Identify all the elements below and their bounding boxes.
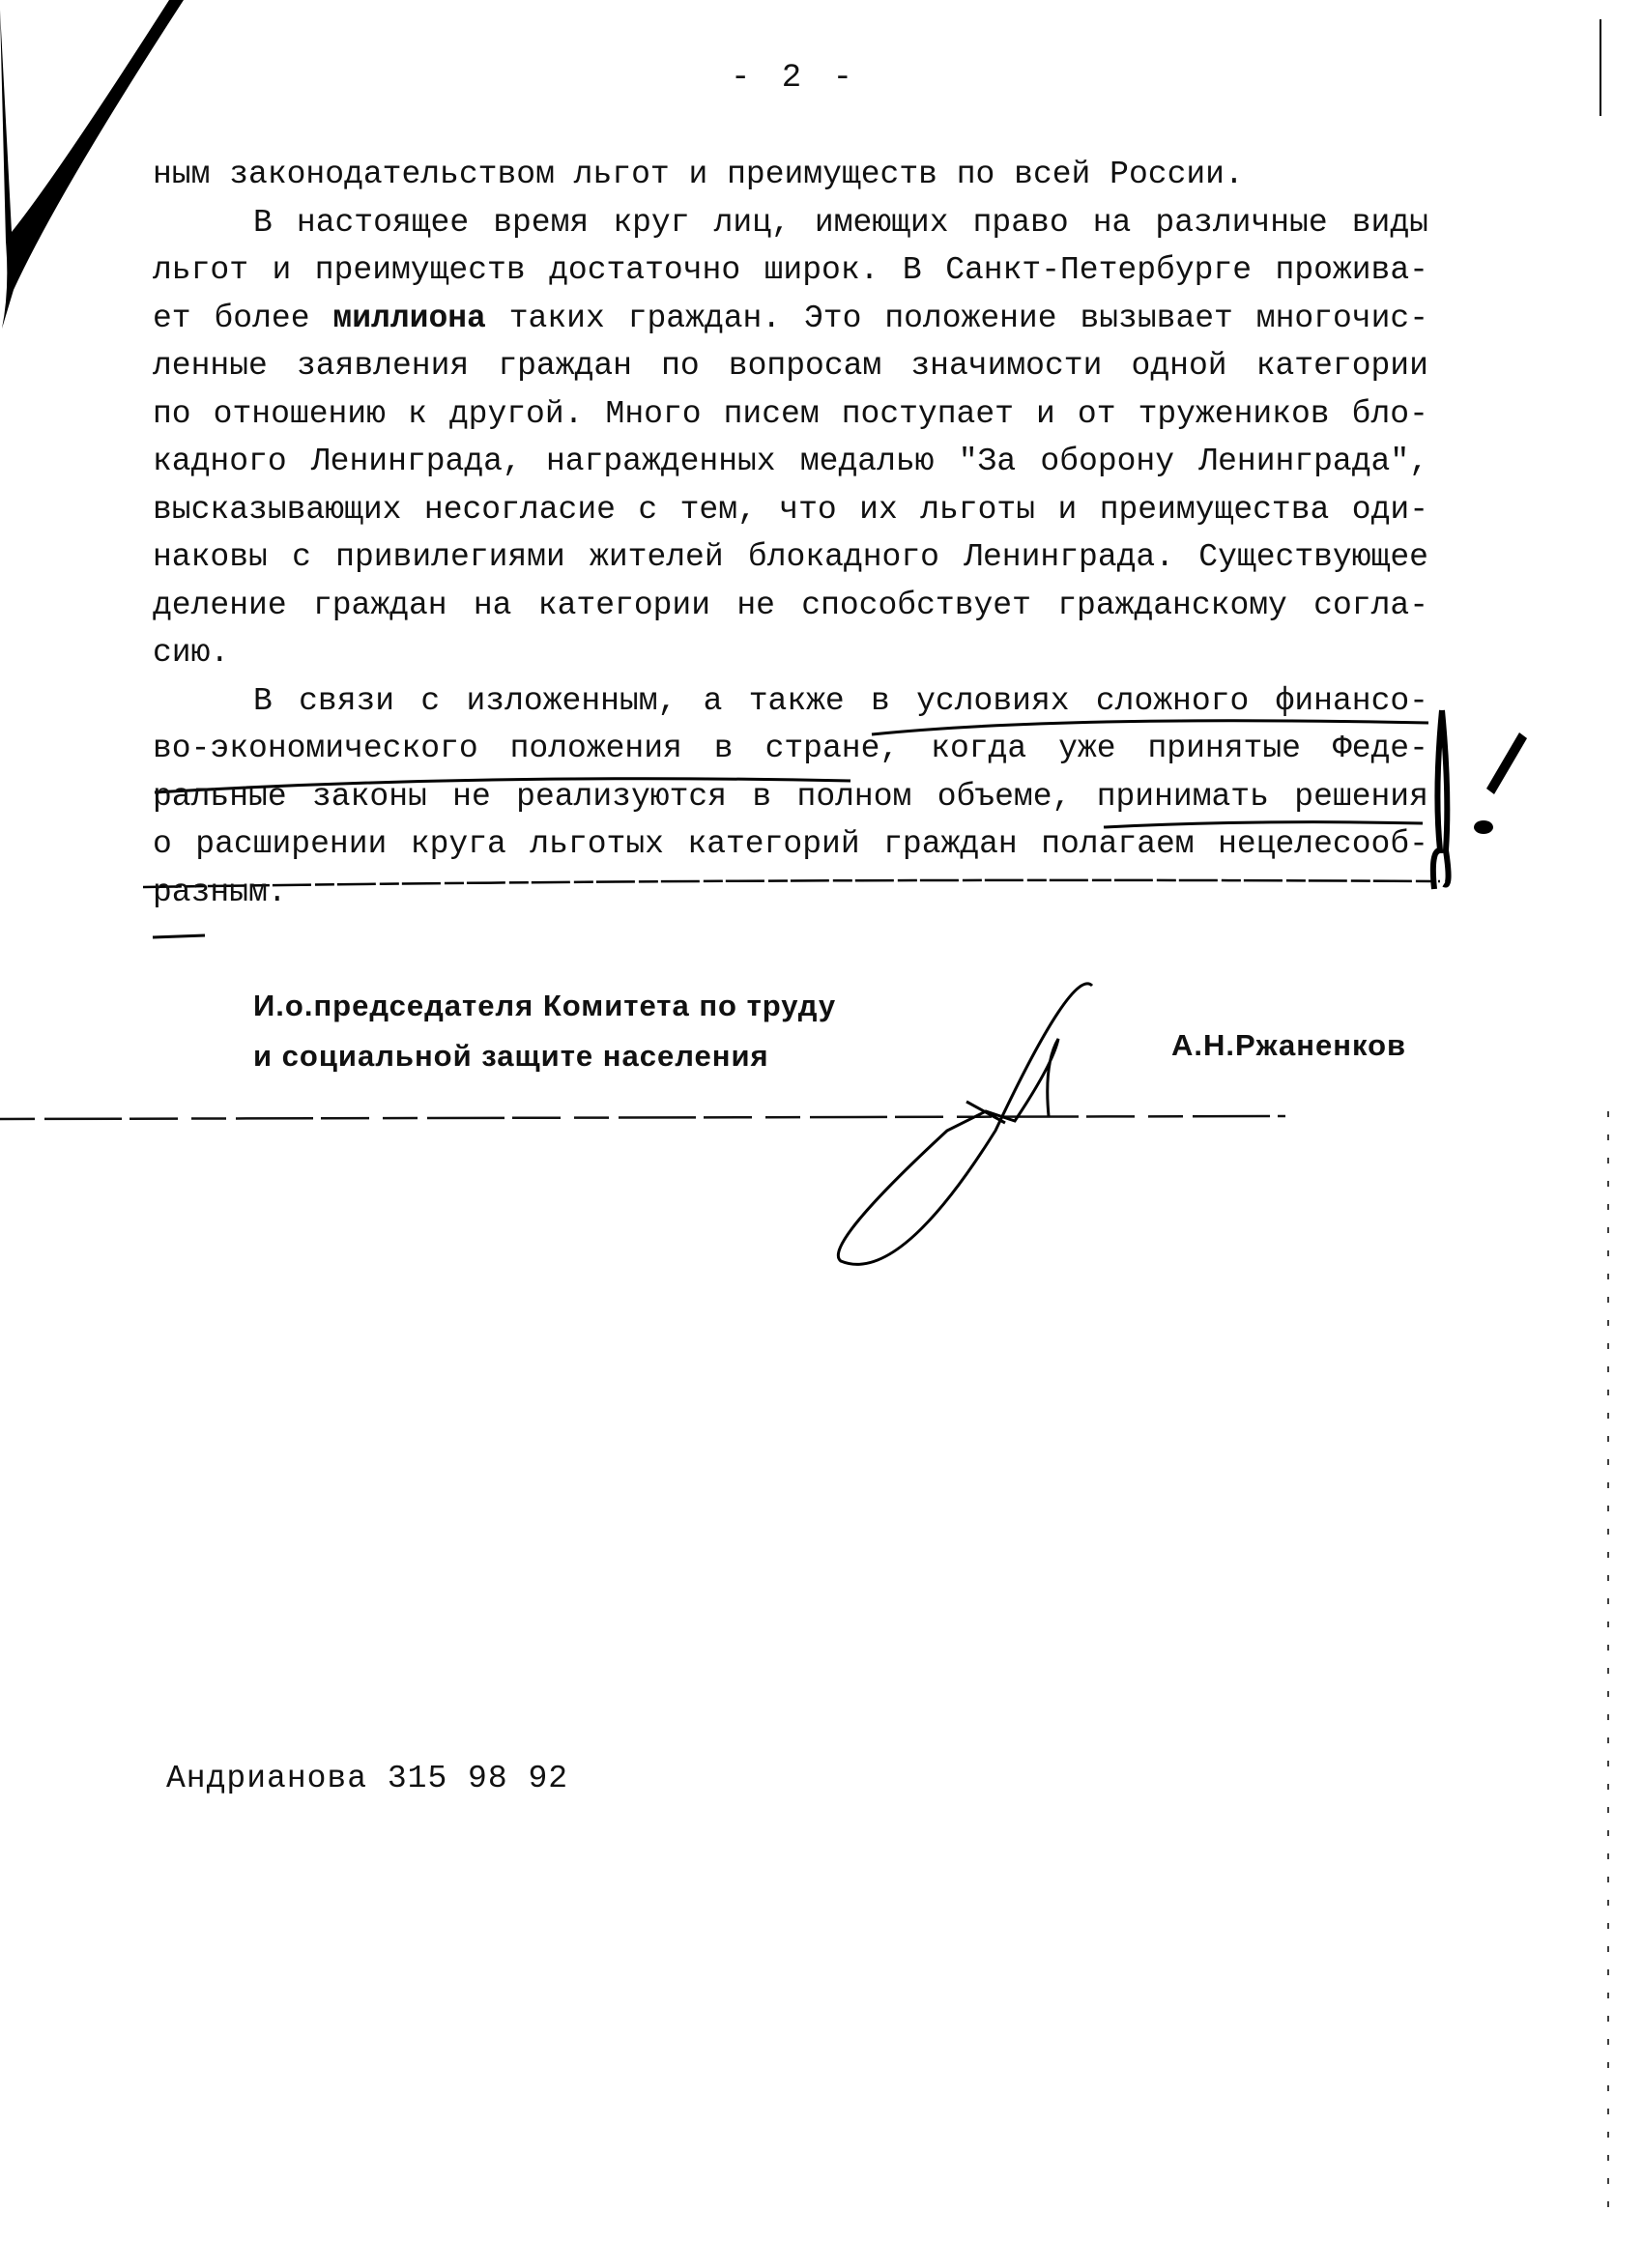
page-number: - 2 -	[731, 60, 858, 97]
text-line: разным.	[153, 869, 1428, 917]
text-line: наковыспривилегиямижителейблокадногоЛени…	[153, 533, 1428, 582]
text-line: Внастоящеевремякруглиц,имеющихправонараз…	[153, 199, 1428, 247]
signatory-title-line1: И.о.председателя Комитета по труду	[253, 981, 836, 1031]
text-line: сию.	[153, 629, 1428, 677]
margin-bracket	[1433, 710, 1449, 889]
text-line: высказывающихнесогласиестем,чтоихльготыи…	[153, 486, 1428, 534]
text-line: Всвязисизложенным,атакжевусловияхсложног…	[153, 677, 1428, 726]
letter-body: ным законодательством льгот и преимущест…	[153, 151, 1428, 916]
text-line: ленныезаявлениягражданповопросамзначимос…	[153, 342, 1428, 390]
contact-line: Андрианова 315 98 92	[166, 1761, 568, 1796]
text-line: орасширениикругальготыхкатегорийгражданп…	[153, 820, 1428, 869]
text-line: ральныезаконынереализуютсявполномобъеме,…	[153, 773, 1428, 821]
text-line: льготипреимуществдостаточноширок.ВСанкт-…	[153, 246, 1428, 295]
signatory-title: И.о.председателя Комитета по труду и соц…	[253, 981, 836, 1081]
text-line-with-bold: етболеемиллионатакихграждан.Этоположение…	[153, 295, 1428, 343]
text-line: ным законодательством льгот и преимущест…	[153, 151, 1428, 199]
signatory-name: А.Н.Ржаненков	[1171, 1028, 1406, 1063]
text-line: кадногоЛенинграда,награжденныхмедалью"За…	[153, 438, 1428, 486]
exclamation-icon	[1486, 732, 1527, 794]
signatory-title-line2: и социальной защите населения	[253, 1031, 836, 1081]
text-line: во-экономическогоположениявстране,когдау…	[153, 725, 1428, 773]
handwritten-signature	[838, 984, 1092, 1264]
text-line: поотношениюкдругой.Многописемпоступаетио…	[153, 390, 1428, 439]
text-line: делениегражданнакатегориинеспособствуетг…	[153, 582, 1428, 630]
